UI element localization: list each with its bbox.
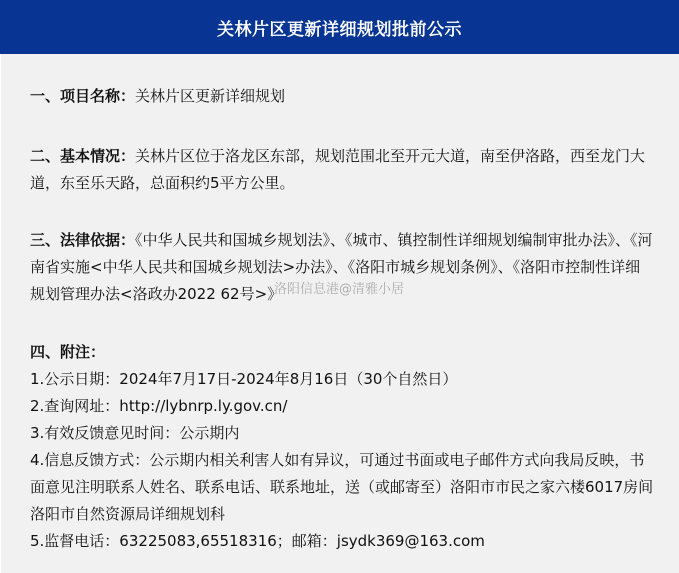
page-header: 关林片区更新详细规划批前公示 bbox=[0, 0, 679, 54]
section-notes: 四、附注： 1.公示日期：2024年7月17日-2024年8月16日（30个自然… bbox=[30, 339, 655, 555]
note-feedback-method: 4.信息反馈方式：公示期内相关利害人如有异议，可通过书面或电子邮件方式向我局反映… bbox=[30, 447, 655, 528]
page-title: 关林片区更新详细规划批前公示 bbox=[217, 15, 462, 40]
section-basic-info: 二、基本情况：关林片区位于洛龙区东部，规划范围北至开元大道，南至伊洛路，西至龙门… bbox=[30, 143, 655, 197]
note-date: 1.公示日期：2024年7月17日-2024年8月16日（30个自然日） bbox=[30, 366, 655, 393]
section-label: 三、法律依据： bbox=[30, 231, 135, 249]
note-contact: 5.监督电话：63225083,65518316；邮箱：jsydk369@163… bbox=[30, 528, 655, 555]
section-label: 二、基本情况： bbox=[30, 147, 135, 165]
section-label: 一、项目名称： bbox=[30, 87, 135, 105]
left-border bbox=[0, 54, 1, 573]
section-label: 四、附注： bbox=[30, 339, 655, 366]
section-legal-basis: 三、法律依据：《中华人民共和国城乡规划法》、《城市、镇控制性详细规划编制审批办法… bbox=[30, 227, 655, 308]
note-feedback-time: 3.有效反馈意见时间：公示期内 bbox=[30, 420, 655, 447]
note-url[interactable]: 2.查询网址：http://lybnrp.ly.gov.cn/ bbox=[30, 393, 655, 420]
section-text: 关林片区更新详细规划 bbox=[135, 87, 285, 105]
section-project-name: 一、项目名称：关林片区更新详细规划 bbox=[30, 83, 655, 110]
